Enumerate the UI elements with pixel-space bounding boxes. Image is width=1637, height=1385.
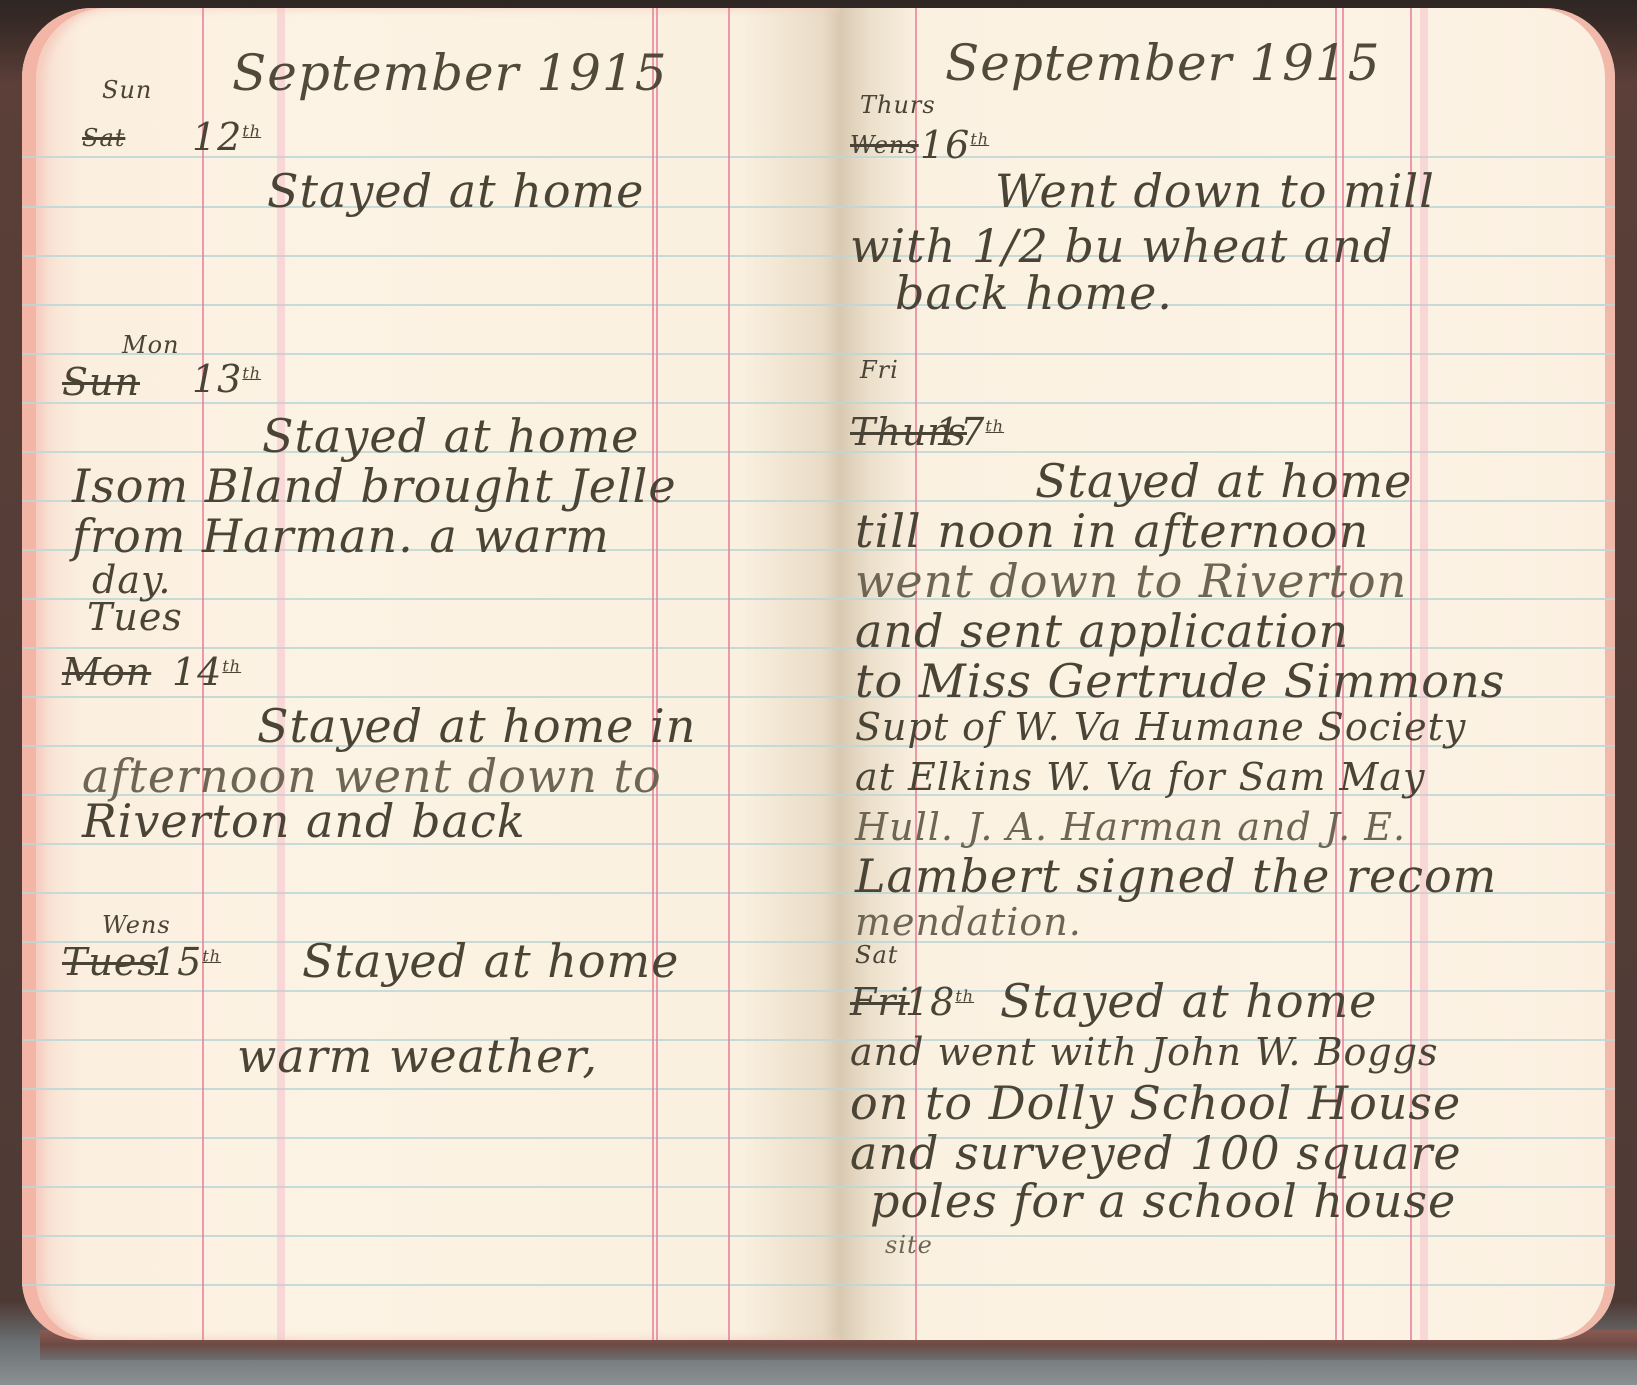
entry-line: went down to Riverton [855,558,1407,604]
date-number: 16 [920,123,970,167]
date-suffix: th [222,656,241,675]
day-label: Thurs [860,93,936,117]
ruled-line [22,402,840,404]
entry-line: Riverton and back [82,798,526,844]
date-suffix: th [955,986,974,1005]
crossed-day-label: Sun [62,363,140,401]
ruled-line [22,1137,840,1139]
column-rule [728,8,730,1340]
entry-line: and surveyed 100 square [850,1130,1462,1176]
entry-line: from Harman. a warm [72,513,610,559]
date-suffix: th [242,363,261,382]
right-page: September 1915 Thurs Wens 16th Went down… [840,8,1615,1340]
ruled-line [22,1284,840,1286]
ruled-line [22,990,840,992]
date-number: 14 [172,650,222,694]
entry-line: warm weather, [237,1033,598,1079]
entry-line: site [885,1233,933,1257]
entry-line: day. [92,561,171,599]
entry-line: poles for a school house [870,1178,1456,1224]
entry-line: mendation. [855,903,1082,941]
entry-line: back home. [895,270,1173,316]
entry-line: Isom Bland brought Jelle [72,463,677,509]
entry-line: Stayed at home [1000,978,1377,1024]
entry-date: 14th [172,653,241,691]
ruled-line [22,304,840,306]
entry-line: Lambert signed the recom [855,853,1497,899]
entry-date: 18th [905,983,974,1021]
ruled-line [22,156,840,158]
column-rule [656,8,658,1340]
day-label: Sat [855,943,898,967]
entry-date: 12th [192,118,261,156]
ruled-line [22,892,840,894]
entry-line: Supt of W. Va Humane Society [855,708,1466,746]
date-number: 18 [905,980,955,1024]
date-number: 15 [152,940,202,984]
entry-line: with 1/2 bu wheat and [850,223,1393,269]
entry-line: to Miss Gertrude Simmons [855,658,1505,704]
day-label: Mon [122,333,179,357]
date-number: 17 [935,410,985,454]
entry-line: Went down to mill [995,168,1435,214]
entry-line: Stayed at home in [257,703,696,749]
crossed-day-label: Wens [850,133,919,157]
entry-line: Stayed at home [1035,458,1412,504]
page-header-date: September 1915 [945,38,1381,88]
ruled-line [22,1235,840,1237]
date-suffix: th [202,946,221,965]
day-label: Sun [102,78,152,102]
entry-line: till noon in afternoon [855,508,1369,554]
entry-date: 16th [920,126,989,164]
entry-line: on to Dolly School House [850,1080,1461,1126]
crossed-day-label: Fri [850,983,910,1021]
entry-line: and sent application [855,608,1349,654]
day-label: Tues [87,598,183,636]
crossed-day-label: Mon [62,653,151,691]
date-suffix: th [985,416,1004,435]
entry-date: 13th [192,360,261,398]
ruled-line [22,696,840,698]
ruled-line [22,255,840,257]
entry-line: Stayed at home [262,413,639,459]
left-page: September 1915 Sun Sat 12th Stayed at ho… [22,8,840,1340]
entry-line: at Elkins W. Va for Sam May [855,758,1425,796]
day-label: Fri [860,358,899,382]
ruled-line [840,1235,1615,1237]
ruled-line [22,647,840,649]
entry-line: afternoon went down to [82,753,662,799]
ruled-line [22,1186,840,1188]
ruled-line [22,1088,840,1090]
crossed-day-label: Tues [62,943,158,981]
ruled-line [840,1284,1615,1286]
day-label: Wens [102,913,171,937]
ruled-line [840,353,1615,355]
date-suffix: th [242,121,261,140]
date-number: 13 [192,357,242,401]
entry-line: Stayed at home [302,938,679,984]
entry-line: Stayed at home [267,168,644,214]
column-rule [652,8,654,1340]
entry-line: and went with John W. Boggs [850,1033,1439,1071]
entry-date: 17th [935,413,1004,451]
entry-date: 15th [152,943,221,981]
date-suffix: th [970,129,989,148]
entry-line: Hull. J. A. Harman and J. E. [855,808,1406,846]
crossed-day-label: Sat [82,126,125,150]
ruled-line [840,402,1615,404]
page-header-date: September 1915 [232,48,668,98]
date-number: 12 [192,115,242,159]
